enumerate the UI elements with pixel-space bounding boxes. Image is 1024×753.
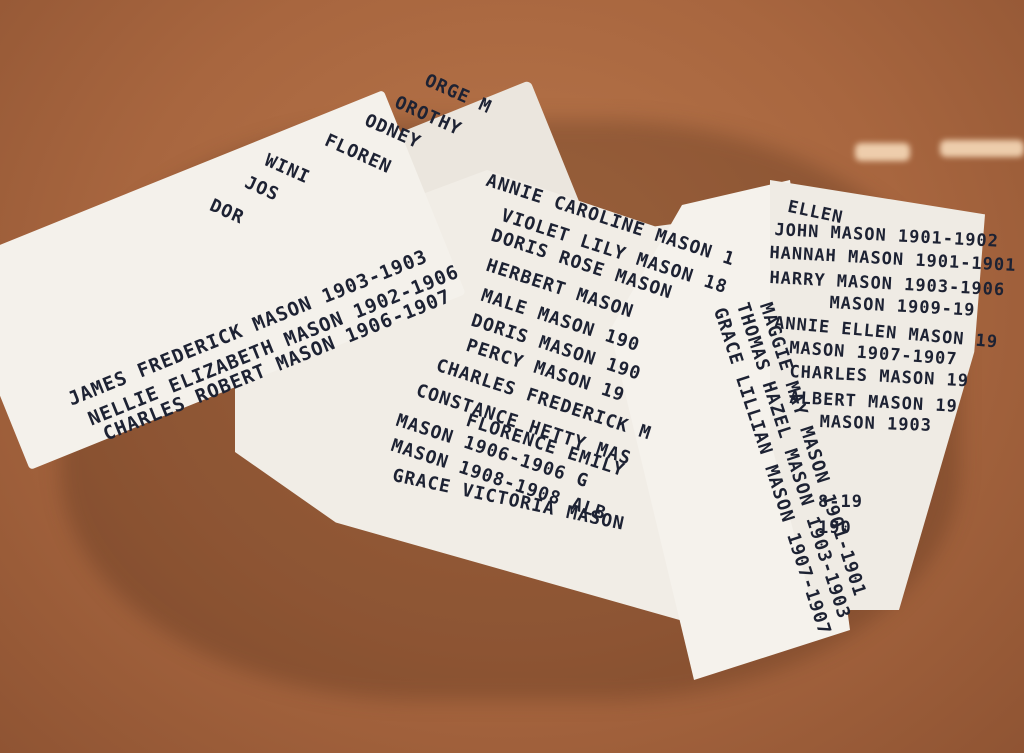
embroidered-name: MASON 1903 xyxy=(819,412,932,436)
light-reflection xyxy=(940,140,1024,157)
embroidered-name: 8-19 xyxy=(818,492,863,512)
embroidered-name: 190 xyxy=(818,518,852,538)
light-reflection xyxy=(855,143,910,161)
